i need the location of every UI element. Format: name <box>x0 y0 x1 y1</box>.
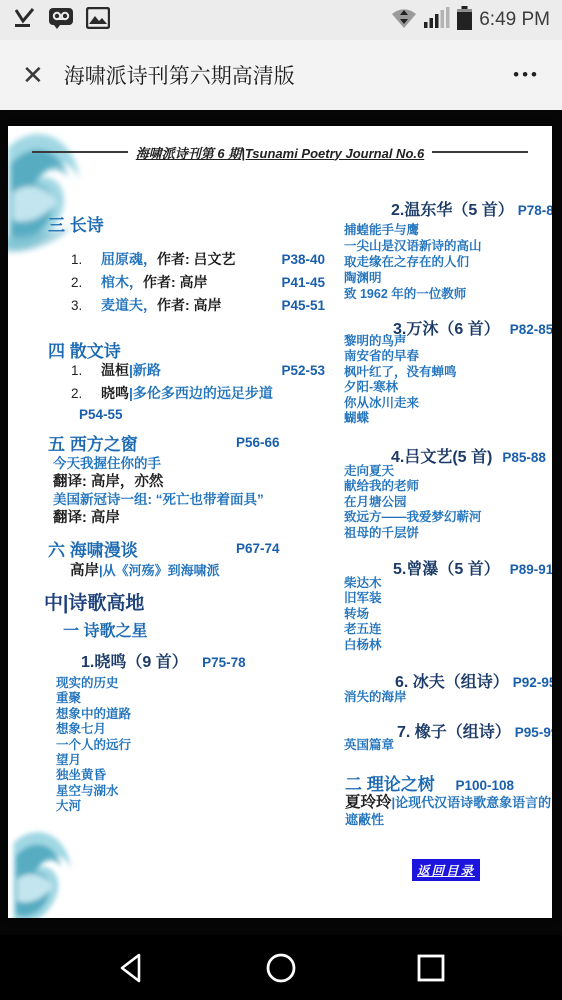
poet-2-poems: 捕蝗能手与鹰 一尖山是汉语新诗的高山 取走缘在之存在的人们 陶渊明 致 1962… <box>344 222 482 302</box>
essay-author: 高岸 <box>70 563 99 579</box>
article-title: 海啸派诗刊第六期高清版 <box>64 60 295 90</box>
page-range: P78-82 <box>518 203 552 218</box>
item-number: 1. <box>71 248 101 271</box>
photo-icon <box>86 7 110 34</box>
poem-line: 南安省的早春 <box>344 349 457 364</box>
poem-line: 独坐黄昏 <box>56 768 131 783</box>
poem-line: 蝴蝶 <box>344 411 457 426</box>
back-icon[interactable] <box>115 952 147 984</box>
page-range: P45-51 <box>281 294 325 317</box>
poem-title: |新路 <box>129 359 161 382</box>
section-title: 三 长诗 <box>48 211 104 236</box>
prose-poems-list: 1. 温桓 |新路 P52-53 2. 晓鸣 |多伦多西边的远足步道 P54-5… <box>71 359 325 425</box>
battery-icon <box>457 6 472 35</box>
section-title: 二 理论之树 <box>345 775 435 794</box>
poem-title: |多伦多西边的远足步道 <box>129 382 273 405</box>
toc-line: 翻译: 高岸 <box>53 509 264 527</box>
section-western-window: 五 西方之窗 P56-66 <box>48 430 280 455</box>
toc-line: 翻译: 高岸，亦然 <box>53 473 264 491</box>
signal-icon <box>424 7 450 34</box>
status-bar: 6:49 PM <box>0 0 562 40</box>
poem-author: 作者: 高岸 <box>157 294 222 317</box>
section-title: 六 海啸漫谈 <box>48 536 236 561</box>
back-to-contents-button[interactable]: 返回目录 <box>412 859 480 881</box>
poem-line: 老五连 <box>344 622 382 637</box>
list-item: 3. 麦道夫， 作者: 高岸 P45-51 <box>71 294 325 317</box>
page-range: P52-53 <box>281 359 325 382</box>
poem-line: 转场 <box>344 607 382 622</box>
poem-line: 枫叶红了，没有蝉鸣 <box>344 365 457 380</box>
poem-author: 作者: 高岸 <box>143 271 208 294</box>
page-range: P67-74 <box>236 541 280 556</box>
page-range: P41-45 <box>281 271 325 294</box>
poet-heading-7: 7. 橡子（组诗）P95-99 <box>397 719 552 742</box>
page-range: P54-55 <box>79 405 325 425</box>
phone-screen: 6:49 PM ✕ 海啸派诗刊第六期高清版 ••• <box>0 0 562 1000</box>
download-done-icon <box>12 6 36 35</box>
poem-line: 献给我的老师 <box>344 479 482 494</box>
poet-heading-5: 5.曾瀑（5 首）P89-91 <box>393 556 552 579</box>
poem-line: 想象中的道路 <box>56 707 131 722</box>
page-range: P82-85 <box>510 322 552 337</box>
poem-author: 作者: 吕文艺 <box>157 248 236 271</box>
more-menu-icon[interactable]: ••• <box>513 65 540 85</box>
journal-page: 海啸派诗刊第 6 期|Tsunami Poetry Journal No.6 三… <box>8 126 552 918</box>
poem-line: 走向夏天 <box>344 464 482 479</box>
section-theory-tree: 二 理论之树 P100-108 <box>345 770 514 795</box>
poem-line: 祖母的千层饼 <box>344 526 482 541</box>
poem-line: 你从冰川走来 <box>344 396 457 411</box>
poem-title: 麦道夫， <box>101 294 157 317</box>
poem-line: 一尖山是汉语新诗的高山 <box>344 238 482 254</box>
poet-name: 5.曾瀑（5 首） <box>393 561 500 578</box>
theory-essay-line: 夏玲玲|论现代汉语诗歌意象语言的遮蔽性 <box>345 794 552 828</box>
back-to-contents-wrap: 返回目录 <box>412 859 480 881</box>
list-item: 1. 屈原魂， 作者: 吕文艺 P38-40 <box>71 248 325 271</box>
section-tsunami-talk: 六 海啸漫谈 P67-74 <box>48 536 280 561</box>
notification-icons <box>12 6 110 35</box>
tsunami-talk-line: 高岸|从《河殇》到海啸派 <box>70 559 220 580</box>
section-poetry-stars: 一 诗歌之星 <box>63 618 147 641</box>
poem-line: 白杨林 <box>344 638 382 653</box>
page-range: P38-40 <box>281 248 325 271</box>
system-status-icons: 6:49 PM <box>391 6 550 35</box>
item-number: 1. <box>71 359 101 382</box>
article-nav-bar: ✕ 海啸派诗刊第六期高清版 ••• <box>0 40 562 110</box>
network-icon <box>391 7 417 34</box>
poem-line: 夕阳-寒林 <box>344 380 457 395</box>
android-navigation-bar <box>0 935 562 1000</box>
essay-title: |从《河殇》到海啸派 <box>99 563 220 578</box>
poem-line: 取走缘在之存在的人们 <box>344 254 482 270</box>
poem-author: 晓鸣 <box>101 382 129 405</box>
poet-name: 1.晓鸣（9 首） <box>81 654 188 671</box>
poem-title: 屈原魂， <box>101 248 157 271</box>
item-number: 3. <box>71 294 101 317</box>
recents-icon[interactable] <box>415 952 447 984</box>
poet-name: 7. 橡子（组诗） <box>397 724 511 741</box>
poem-line: 现实的历史 <box>56 676 131 691</box>
section-title: 五 西方之窗 <box>48 430 236 455</box>
toc-right-column: 2.温东华（5 首）P78-82 捕蝗能手与鹰 一尖山是汉语新诗的高山 取走缘在… <box>343 126 552 918</box>
section-long-poems: 三 长诗 <box>48 211 104 236</box>
image-viewer: 海啸派诗刊第 6 期|Tsunami Poetry Journal No.6 三… <box>0 110 562 935</box>
poem-line: 想象七月 <box>56 722 131 737</box>
poem-line: 柴达木 <box>344 576 382 591</box>
page-range: P95-99 <box>515 725 552 740</box>
poem-line: 在月塘公园 <box>344 495 482 510</box>
western-window-lines: 今天我握住你的手 翻译: 高岸，亦然 美国新冠诗一组: “死亡也带着面具” 翻译… <box>53 455 264 527</box>
item-number: 2. <box>71 382 101 405</box>
page-range: P75-78 <box>202 655 246 670</box>
poem-line: 黎明的鸟声 <box>344 334 457 349</box>
poem-author: 温桓 <box>101 359 129 382</box>
poet-name: 2.温东华（5 首） <box>391 202 514 219</box>
poem-line: 望月 <box>56 753 131 768</box>
poem-line: 星空与湖水 <box>56 784 131 799</box>
toc-left-column: 三 长诗 1. 屈原魂， 作者: 吕文艺 P38-40 2. 棺木， 作者: 高… <box>38 126 338 918</box>
page-range: P100-108 <box>455 778 514 793</box>
poem-line: 重聚 <box>56 691 131 706</box>
page-range: P85-88 <box>502 450 546 465</box>
poem-line: 致 1962 年的一位教师 <box>344 286 482 302</box>
poet-heading-1: 1.晓鸣（9 首） P75-78 <box>81 649 246 672</box>
page-range: P92-95 <box>513 675 552 690</box>
voicemail-icon <box>48 7 74 34</box>
poet-name: 6. 冰夫（组诗） <box>395 674 509 691</box>
poem-line: 英国篇章 <box>344 738 394 753</box>
toc-line: 美国新冠诗一组: “死亡也带着面具” <box>53 491 264 509</box>
item-number: 2. <box>71 271 101 294</box>
poem-title: 棺木， <box>101 271 143 294</box>
long-poems-list: 1. 屈原魂， 作者: 吕文艺 P38-40 2. 棺木， 作者: 高岸 P41… <box>71 248 325 317</box>
poem-line: 陶渊明 <box>344 270 482 286</box>
clock: 6:49 PM <box>479 9 550 31</box>
list-item: 2. 棺木， 作者: 高岸 P41-45 <box>71 271 325 294</box>
essay-author: 夏玲玲 <box>345 794 392 811</box>
poet-heading-6: 6. 冰夫（组诗）P92-95 <box>395 669 552 692</box>
poet-4-poems: 走向夏天 献给我的老师 在月塘公园 致远方——我爱梦幻蕲河 祖母的千层饼 <box>344 464 482 541</box>
poem-line: 一个人的远行 <box>56 738 131 753</box>
poem-line: 旧军装 <box>344 591 382 606</box>
poet-3-poems: 黎明的鸟声 南安省的早春 枫叶红了，没有蝉鸣 夕阳-寒林 你从冰川走来 蝴蝶 <box>344 334 457 426</box>
toc-line: 今天我握住你的手 <box>53 455 264 473</box>
home-icon[interactable] <box>265 952 297 984</box>
poet-1-poems: 现实的历史 重聚 想象中的道路 想象七月 一个人的远行 望月 独坐黄昏 星空与湖… <box>56 676 131 815</box>
poem-line: 消失的海岸 <box>344 690 407 705</box>
poem-line: 大河 <box>56 799 131 814</box>
poet-heading-2: 2.温东华（5 首）P78-82 <box>391 197 552 220</box>
list-item: 2. 晓鸣 |多伦多西边的远足步道 <box>71 382 325 405</box>
poem-line: 捕蝗能手与鹰 <box>344 222 482 238</box>
page-range: P89-91 <box>510 562 552 577</box>
close-icon[interactable]: ✕ <box>22 62 44 88</box>
page-range: P56-66 <box>236 435 280 450</box>
part-title-poetry-highland: 中|诗歌高地 <box>44 588 144 615</box>
list-item: 1. 温桓 |新路 P52-53 <box>71 359 325 382</box>
poem-line: 致远方——我爱梦幻蕲河 <box>344 510 482 525</box>
poet-5-poems: 柴达木 旧军装 转场 老五连 白杨林 <box>344 576 382 653</box>
